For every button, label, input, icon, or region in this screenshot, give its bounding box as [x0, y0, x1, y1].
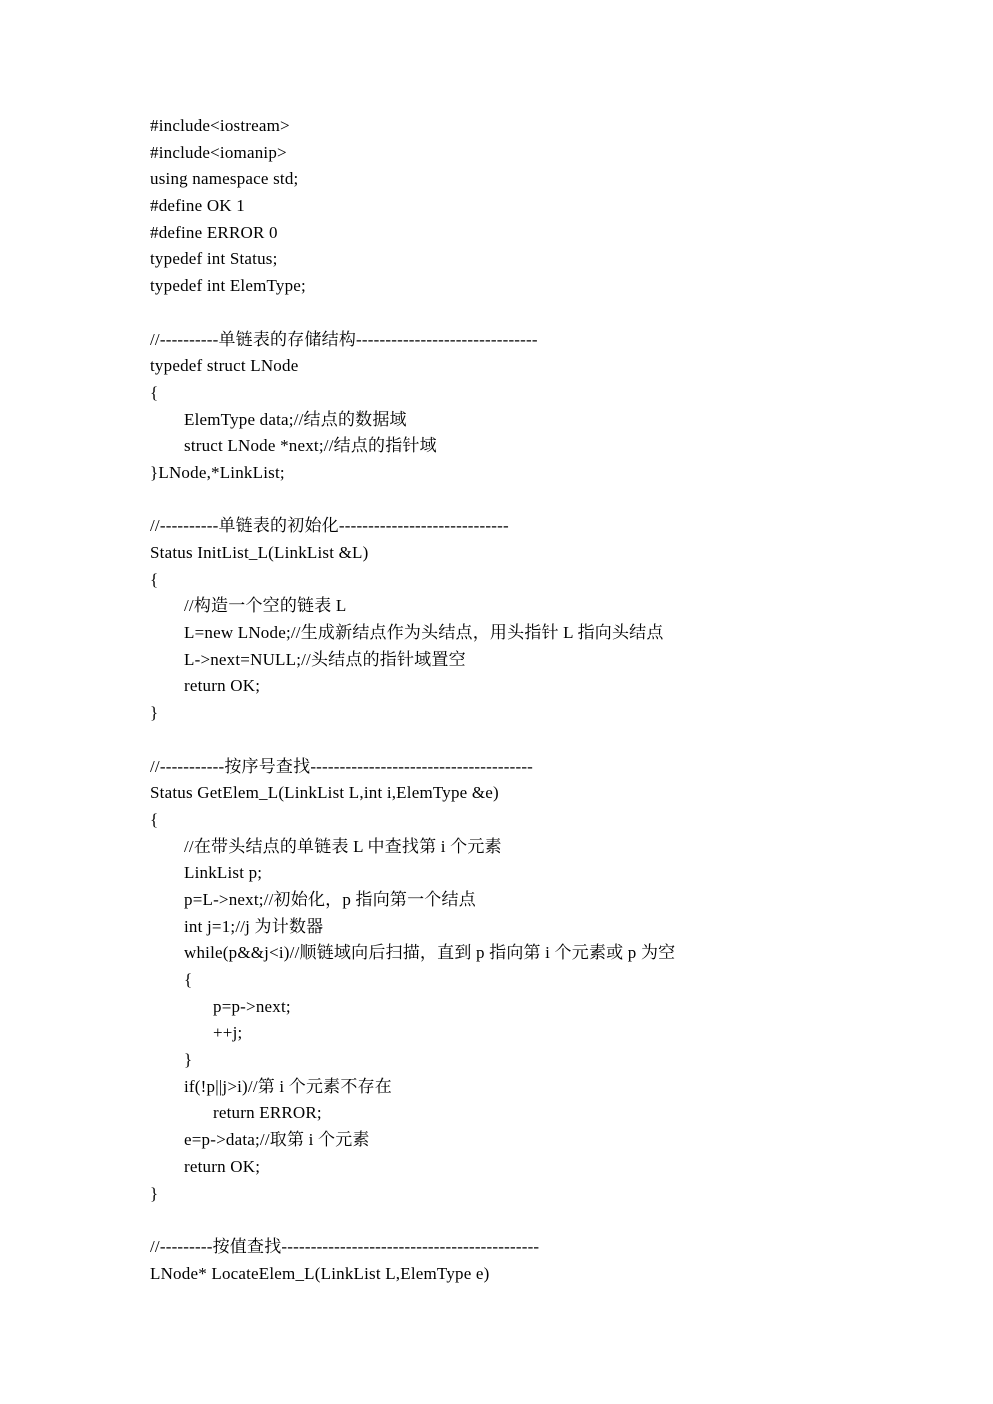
- code-line: int j=1;//j 为计数器: [150, 914, 933, 941]
- code-line: typedef struct LNode: [150, 353, 933, 380]
- code-line: //----------单链表的初始化---------------------…: [150, 513, 933, 540]
- code-line: return OK;: [150, 673, 933, 700]
- code-line: ElemType data;//结点的数据域: [150, 407, 933, 434]
- code-line: #define OK 1: [150, 193, 933, 220]
- code-line: }: [150, 1181, 933, 1208]
- document-page: #include<iostream>#include<iomanip>using…: [0, 0, 993, 1404]
- code-line: if(!p||j>i)//第 i 个元素不存在: [150, 1074, 933, 1101]
- code-line: p=p->next;: [150, 994, 933, 1021]
- code-line: [150, 300, 933, 327]
- code-line: ++j;: [150, 1020, 933, 1047]
- code-line: {: [150, 567, 933, 594]
- code-line: LinkList p;: [150, 860, 933, 887]
- code-lines: #include<iostream>#include<iomanip>using…: [150, 113, 933, 1287]
- code-line: //构造一个空的链表 L: [150, 593, 933, 620]
- code-line: [150, 727, 933, 754]
- code-line: while(p&&j<i)//顺链域向后扫描，直到 p 指向第 i 个元素或 p…: [150, 940, 933, 967]
- code-line: //在带头结点的单链表 L 中查找第 i 个元素: [150, 834, 933, 861]
- code-line: {: [150, 807, 933, 834]
- code-line: //-----------按序号查找----------------------…: [150, 754, 933, 781]
- code-line: {: [150, 380, 933, 407]
- code-line: }LNode,*LinkList;: [150, 460, 933, 487]
- code-line: LNode* LocateElem_L(LinkList L,ElemType …: [150, 1261, 933, 1288]
- code-line: p=L->next;//初始化，p 指向第一个结点: [150, 887, 933, 914]
- code-line: //---------按值查找-------------------------…: [150, 1234, 933, 1261]
- code-line: struct LNode *next;//结点的指针域: [150, 433, 933, 460]
- code-line: }: [150, 1047, 933, 1074]
- code-line: return OK;: [150, 1154, 933, 1181]
- code-line: {: [150, 967, 933, 994]
- code-line: Status GetElem_L(LinkList L,int i,ElemTy…: [150, 780, 933, 807]
- code-line: Status InitList_L(LinkList &L): [150, 540, 933, 567]
- code-line: typedef int ElemType;: [150, 273, 933, 300]
- code-line: [150, 487, 933, 514]
- code-line: #include<iomanip>: [150, 140, 933, 167]
- code-line: #include<iostream>: [150, 113, 933, 140]
- code-line: e=p->data;//取第 i 个元素: [150, 1127, 933, 1154]
- code-line: }: [150, 700, 933, 727]
- code-line: typedef int Status;: [150, 246, 933, 273]
- code-line: using namespace std;: [150, 166, 933, 193]
- code-line: L=new LNode;//生成新结点作为头结点，用头指针 L 指向头结点: [150, 620, 933, 647]
- code-line: //----------单链表的存储结构--------------------…: [150, 327, 933, 354]
- code-line: L->next=NULL;//头结点的指针域置空: [150, 647, 933, 674]
- code-line: [150, 1207, 933, 1234]
- code-line: #define ERROR 0: [150, 220, 933, 247]
- code-line: return ERROR;: [150, 1100, 933, 1127]
